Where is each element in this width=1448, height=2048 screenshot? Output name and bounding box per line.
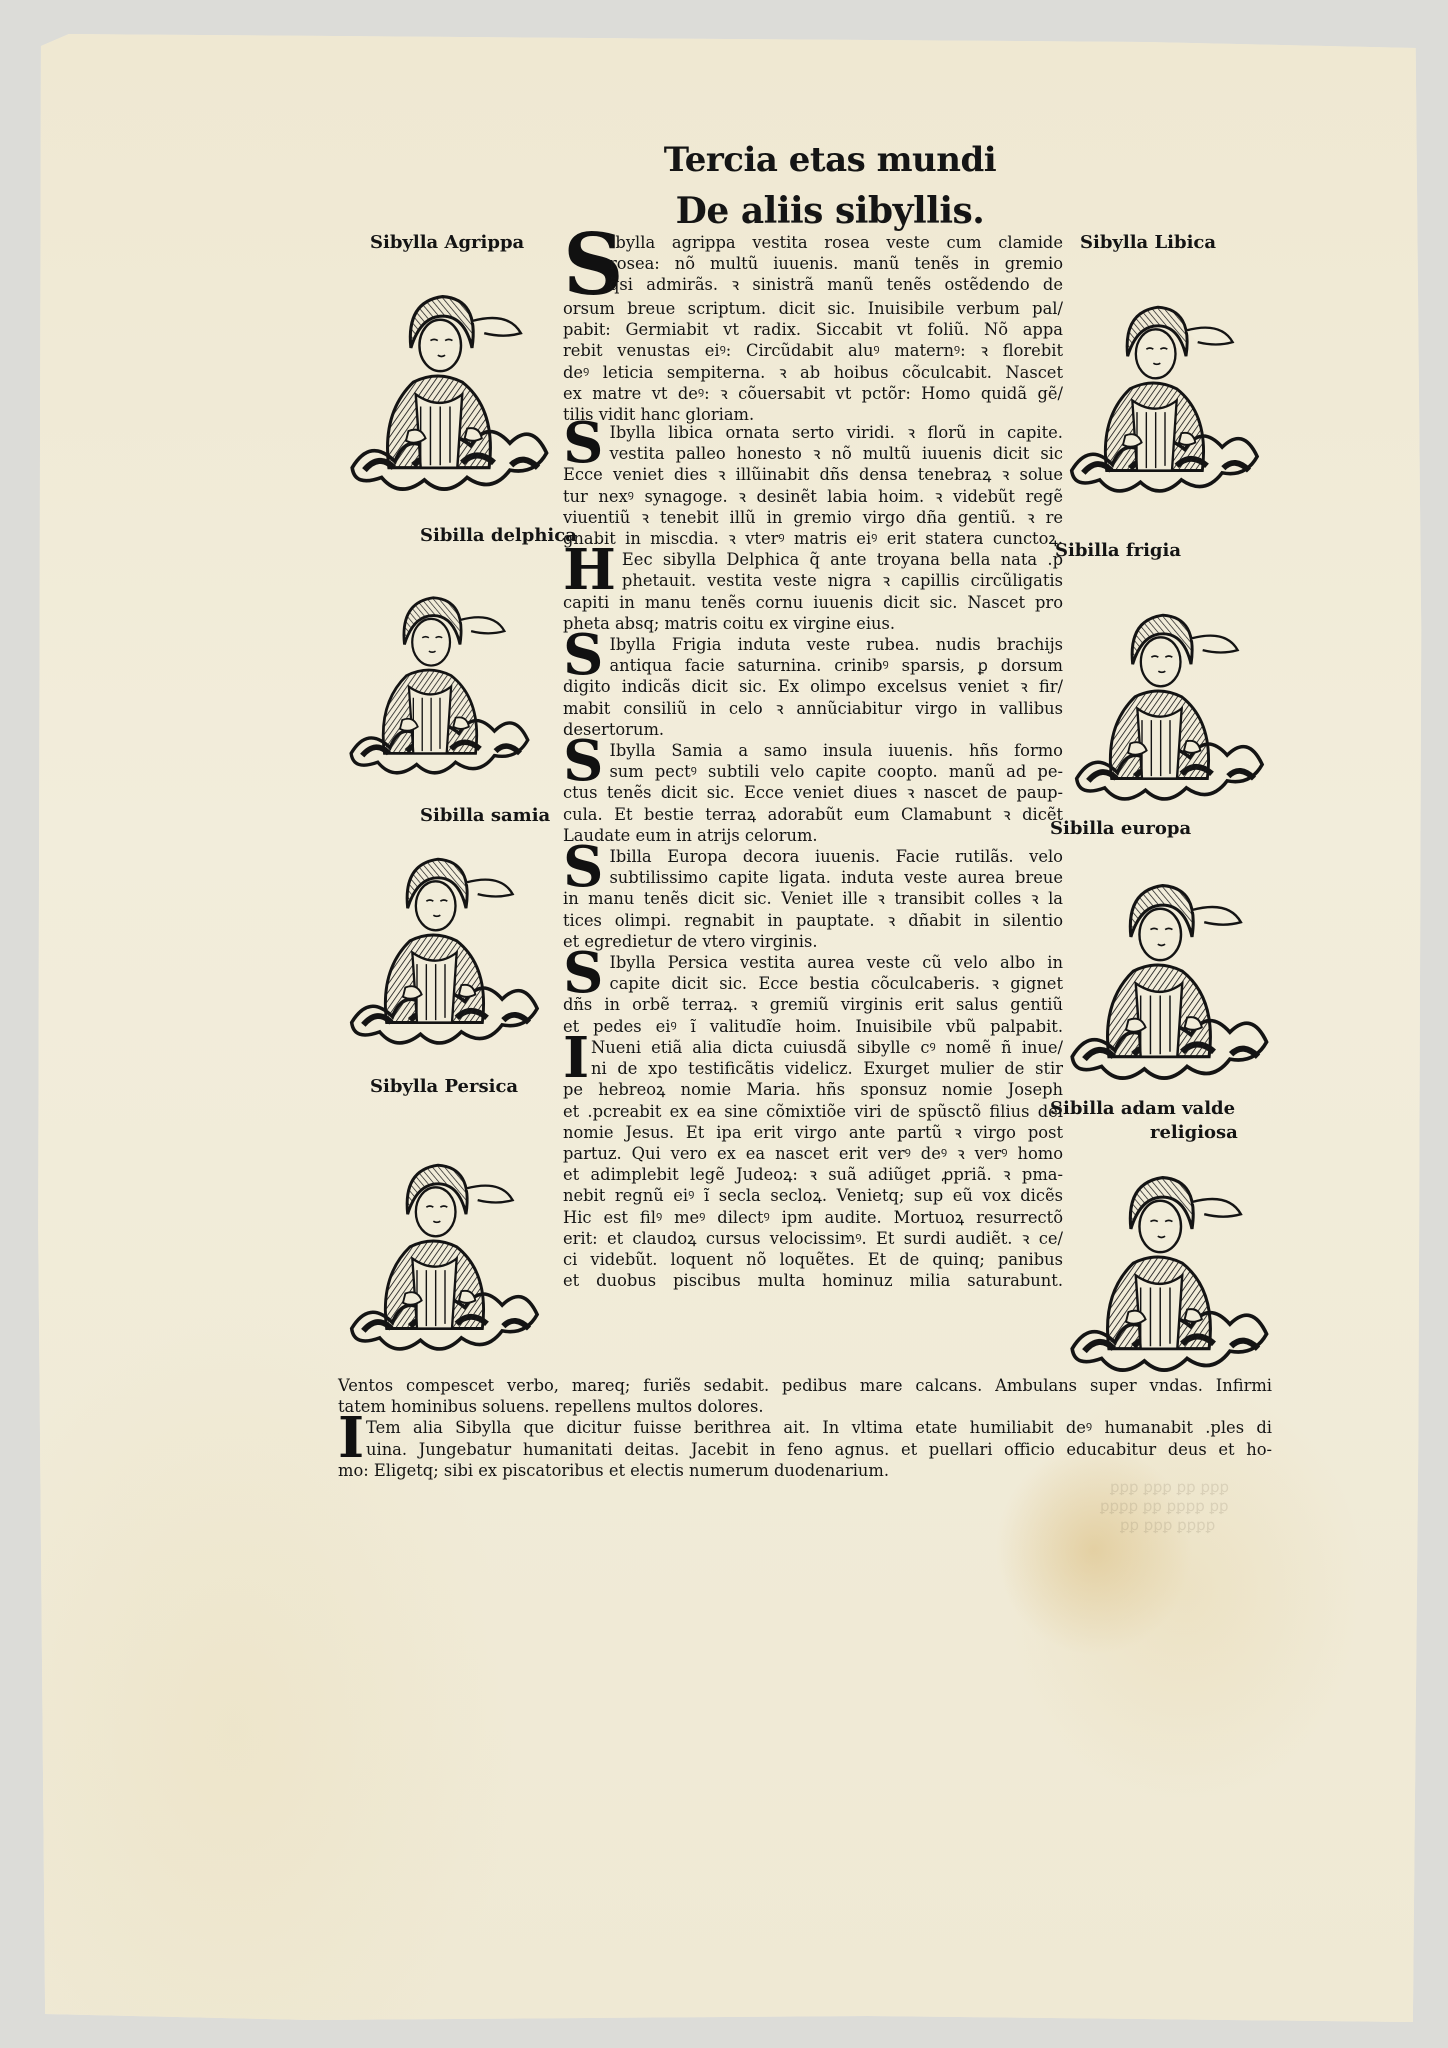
drop-cap: S [563,232,603,298]
text-line: mabit consiliũ in celo ꝛ annũciabitur vi… [563,698,1063,719]
text-line: tices olimpi. regnabit in pauptate. ꝛ dñ… [563,910,1063,931]
sibyl-libica-woodcut: Sibylla Libica [1060,232,1290,522]
sibyl-adam-woodcut: Sibilla adam valde religiosa [1050,1098,1290,1388]
text-line: Laudate eum in atrijs celorum. [563,825,1063,846]
text-line: gnabit in miscdia. ꝛ vterꝰ matris eiꝰ er… [563,528,1063,549]
text-line: et duobus piscibus multa hominuz milia s… [563,1270,1063,1291]
running-head: Tercia etas mundi [660,140,1000,180]
show-through-text: ꝑꝑꝑꝑ ꝑꝑ ꝑꝑꝑꝑ ꝑꝑ [1100,1497,1229,1516]
woodcut-illustration [340,1116,550,1366]
sibyl-agrippa-woodcut: Sibylla Agrippa [340,232,560,502]
text-line: q̃si admirãs. ꝛ sinistrã manũ tenẽs ostẽ… [609,274,1063,295]
text-line: Ecce veniet dies ꝛ illũinabit dñs densa … [563,464,1063,485]
drop-cap: H [563,549,616,591]
text-line: rebit venustas eiꝰ: Circũdabit aluꝰ mate… [563,340,1063,361]
text-line: Hic est filꝰ meꝰ dilectꝰ ipm audite. Mor… [563,1207,1063,1228]
chapter-title: De aliis sibyllis. [660,190,1000,232]
text-line: subtilissimo capite ligata. induta veste… [609,867,1063,888]
text-line: pe hebreoꝝ nomie Maria. hñs sponsuz nomi… [563,1079,1063,1100]
woodcut-illustration [340,810,550,1060]
figure-label: Sibilla adam valde [1050,1098,1235,1119]
text-line: Ibilla Europa decora iuuenis. Facie ruti… [609,846,1063,867]
drop-cap: I [338,1417,360,1459]
woodcut-illustration [1060,258,1270,508]
sibyl-delphica-woodcut: Sibilla delphica [340,525,570,795]
text-line: Nueni etiã alia dicta cuiusdã sibylle cꝰ… [591,1037,1063,1058]
text-line: deꝰ leticia sempiterna. ꝛ ab hoibus cõcu… [563,362,1063,383]
text-line: phetauit. vestita veste nigra ꝛ capillis… [622,570,1063,591]
drop-cap: S [563,422,603,464]
text-line: dñs in orbẽ terraꝝ. ꝛ gremiũ virginis er… [563,994,1063,1015]
woodcut-illustration [1060,1132,1280,1382]
text-line: rosea: nõ multũ iuuenis. manũ tenẽs in g… [609,253,1063,274]
figure-label: Sibylla Libica [1080,232,1216,253]
full-width-text: Ventos compescet verbo, mareq; furiẽs se… [338,1375,1272,1481]
woodcut-illustration [1065,566,1275,816]
paragraph-europa: S Ibilla Europa decora iuuenis. Facie ru… [563,846,1063,952]
text-line: uina. Jungebatur humanitati deitas. Jace… [366,1439,1272,1460]
paragraph-agrippa: S Ibylla agrippa vestita rosea veste cum… [563,232,1063,422]
text-line: sum pectꝰ subtili velo capite coopto. ma… [609,761,1063,782]
text-line: ctus tenẽs dicit sic. Ecce veniet diues … [563,782,1063,803]
text-line: viuentiũ ꝛ tenebit illũ in gremio virgo … [563,507,1063,528]
paragraph-inueni: I Nueni etiã alia dicta cuiusdã sibylle … [563,1037,1063,1291]
figure-label: Sibylla Agrippa [370,232,524,253]
figure-label: Sibylla Persica [370,1076,518,1097]
text-line: tatem hominibus soluens. repellens multo… [338,1396,1272,1417]
text-line: mo: Eligetq; sibi ex piscatoribus et ele… [338,1460,1272,1481]
woodcut-illustration [1060,840,1280,1090]
figure-label: Sibilla frigia [1055,540,1181,561]
sibyl-persica-woodcut: Sibylla Persica [340,1072,570,1362]
text-line: et pedes eiꝰ ĩ valitudĩe hoim. Inuisibil… [563,1016,1063,1037]
text-line: tur nexꝰ synagoge. ꝛ desinẽt labia hoim.… [563,486,1063,507]
text-line: nomie Jesus. Et ipa erit virgo ante part… [563,1122,1063,1143]
paragraph-delphica: H Eec sibylla Delphica q̃ ante troyana b… [563,549,1063,634]
text-line: et egredietur de vtero virginis. [563,931,1063,952]
text-line: capiti in manu tenẽs cornu iuuenis dicit… [563,592,1063,613]
paragraph-frigia: S Ibylla Frigia induta veste rubea. nudi… [563,634,1063,740]
paragraph-samia: S Ibylla Samia a samo insula iuuenis. hñ… [563,740,1063,846]
text-line: in manu tenẽs dicit sic. Veniet ille ꝛ t… [563,888,1063,909]
paragraph-libica: S Ibylla libica ornata serto viridi. ꝛ f… [563,422,1063,549]
text-line: Ibylla libica ornata serto viridi. ꝛ flo… [609,422,1063,443]
sibyl-europa-woodcut: Sibilla europa [1050,818,1290,1108]
text-line: ex matre vt deꝰ: ꝛ cõuersabit vt pctõr: … [563,383,1063,404]
text-line: capite dicit sic. Ecce bestia cõculcaber… [609,973,1063,994]
text-line: partuz. Qui vero ex ea nascet erit verꝰ … [563,1143,1063,1164]
text-line: Ibylla agrippa vestita rosea veste cum c… [609,232,1063,253]
text-line: nebit regnũ eiꝰ ĩ secla secloꝝ. Venietq;… [563,1185,1063,1206]
text-line: erit: et claudoꝝ cursus velocissimꝰ. Et … [563,1228,1063,1249]
woodcut-illustration [340,545,540,795]
paragraph-persica: S Ibylla Persica vestita aurea veste cũ … [563,952,1063,1037]
text-line: et adimplebit legẽ Judeoꝝ: ꝛ suã adiũget… [563,1164,1063,1185]
text-line: pabit: Germiabit vt radix. Siccabit vt f… [563,319,1063,340]
sibyl-frigia-woodcut: Sibilla frigia [1055,540,1285,830]
text-line: Ibylla Samia a samo insula iuuenis. hñs … [609,740,1063,761]
text-line: Ibylla Persica vestita aurea veste cũ ve… [609,952,1063,973]
text-line: pheta absq; matris coitu ex virgine eius… [563,613,1063,634]
text-line: Eec sibylla Delphica q̃ ante troyana bel… [622,549,1063,570]
text-line: Tem alia Sibylla que dicitur fuisse beri… [366,1417,1272,1438]
text-line: Ibylla Frigia induta veste rubea. nudis … [609,634,1063,655]
text-line: cula. Et bestie terraꝝ adorabũt eum Clam… [563,804,1063,825]
text-line: vestita palleo honesto ꝛ nõ multũ iuueni… [609,443,1063,464]
figure-label: Sibilla europa [1050,818,1191,839]
text-line: antiqua facie saturnina. crinibꝰ sparsis… [609,655,1063,676]
woodcut-illustration [340,256,560,496]
paragraph-berithrea: I Tem alia Sibylla que dicitur fuisse be… [338,1417,1272,1481]
figure-label: Sibilla delphica [420,525,577,546]
text-line: ni de xpo testificãtis videlicz. Exurget… [591,1058,1063,1079]
text-line: et .pcreabit ex ea sine cõmixtiõe viri d… [563,1101,1063,1122]
text-line: desertorum. [563,719,1063,740]
text-line: digito indicãs dicit sic. Ex olimpo exce… [563,676,1063,697]
sibyl-samia-woodcut: Sibilla samia [340,800,570,1090]
text-line: ci videbũt. loquent nõ loquẽtes. Et de q… [563,1249,1063,1270]
text-line: orsum breue scriptum. dicit sic. Inuisib… [563,298,1063,319]
main-text-column: S Ibylla agrippa vestita rosea veste cum… [563,232,1063,1291]
show-through-text: ꝑꝑ ꝑꝑꝑ ꝑꝑꝑꝑ [1120,1516,1215,1535]
